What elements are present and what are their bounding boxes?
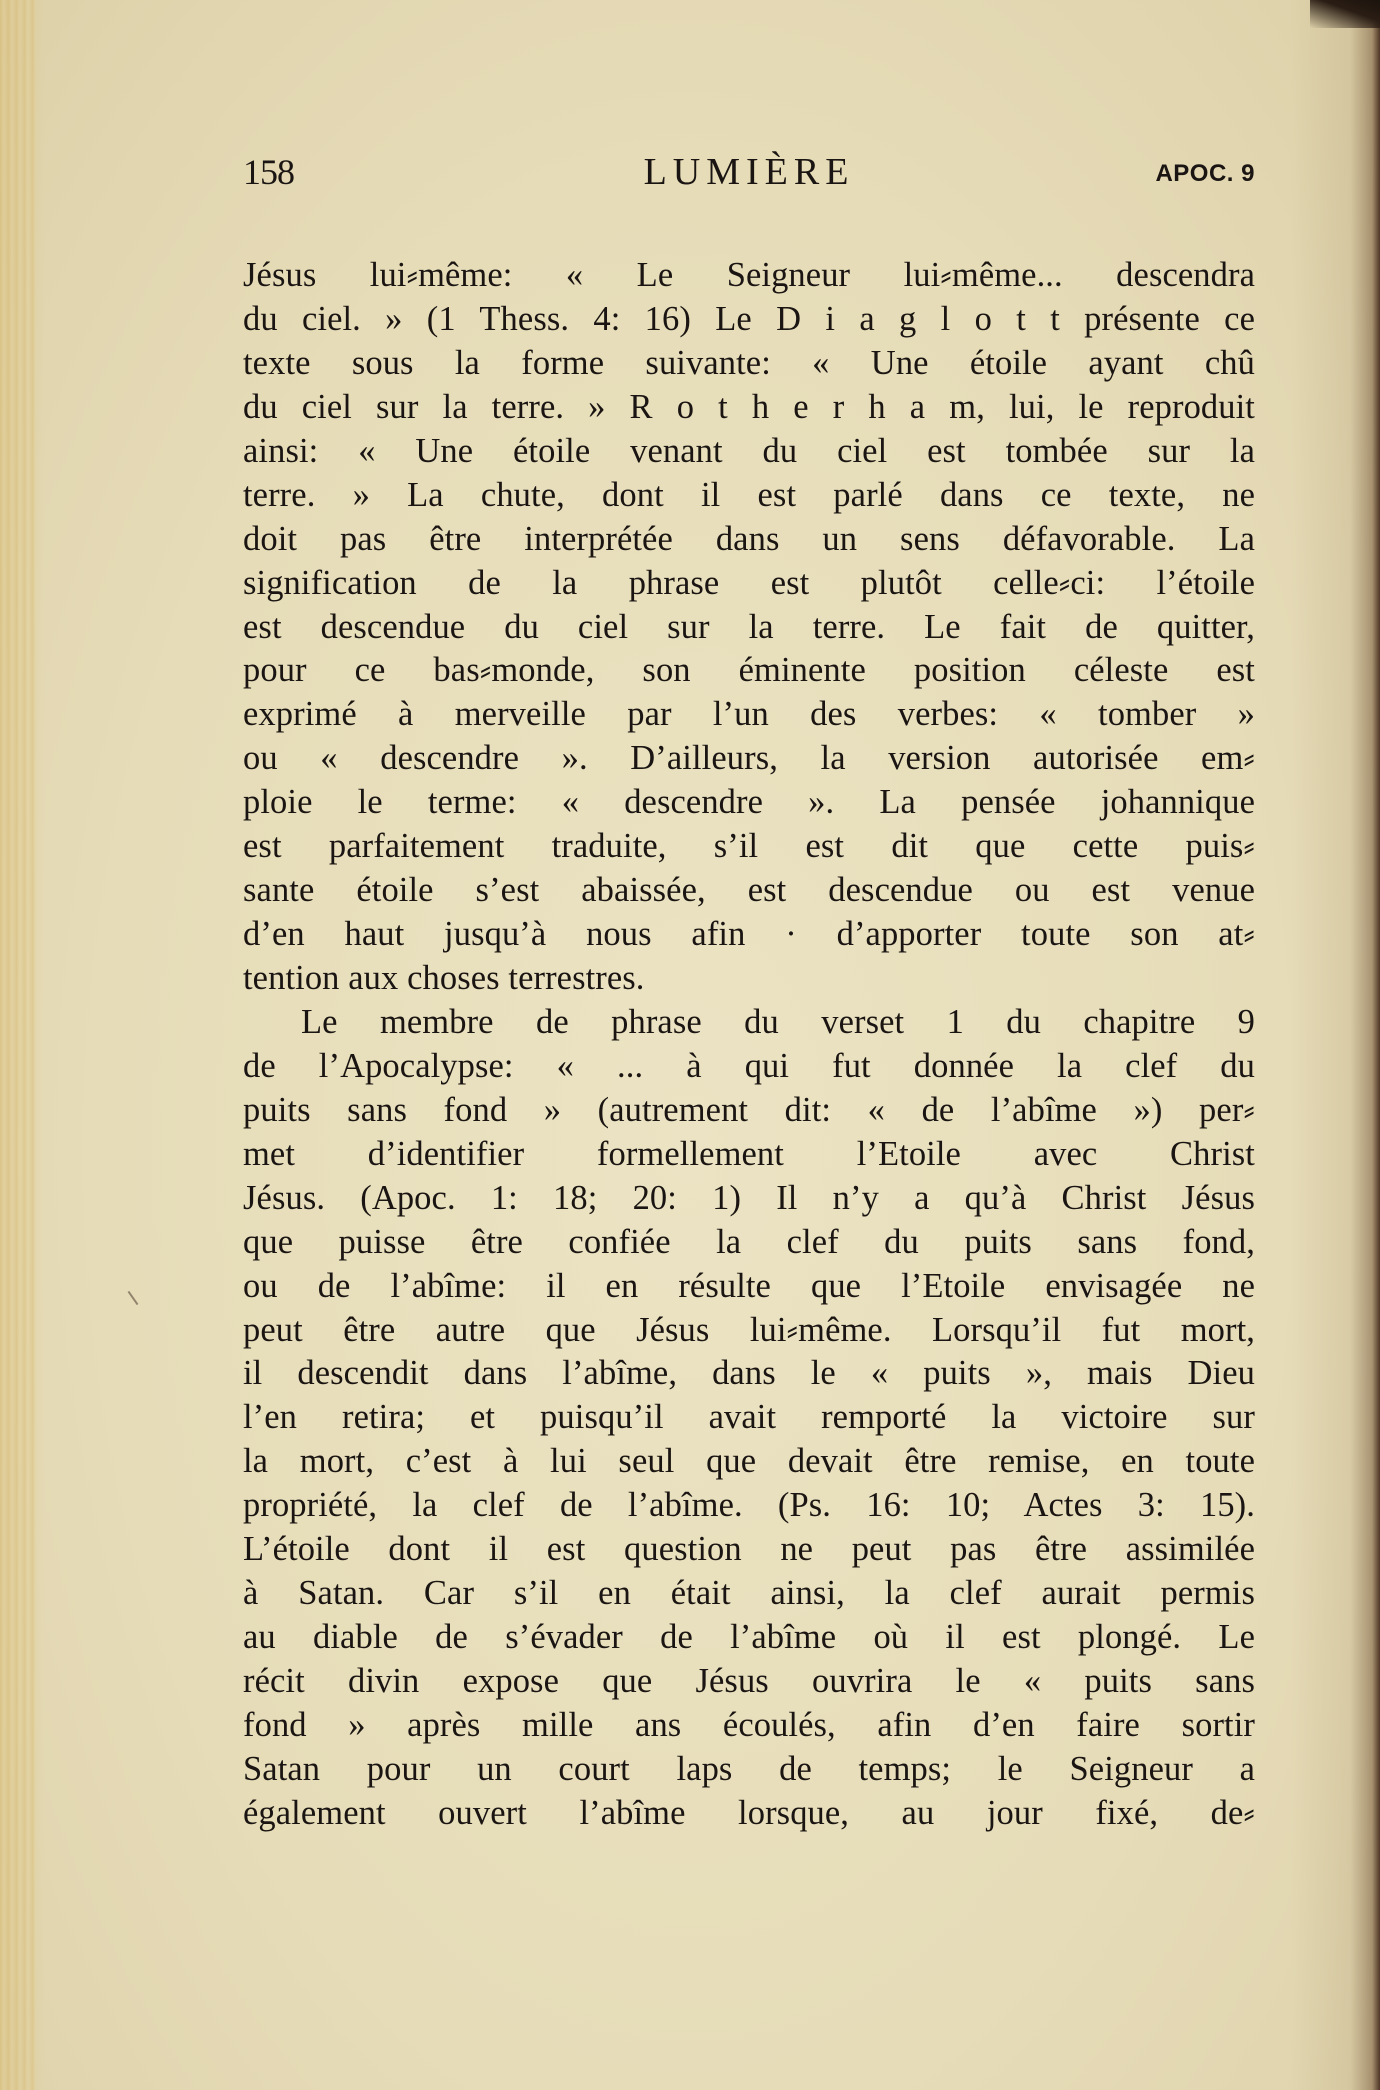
text-line: texte sous la forme suivante: « Une étoi… — [243, 342, 1255, 386]
body-text: Jésus lui⸗même: « Le Seigneur lui⸗même..… — [243, 254, 1255, 1836]
text-line: la mort, c’est à lui seul que devait êtr… — [243, 1440, 1255, 1484]
text-line: d’en haut jusqu’à nous afin · d’apporter… — [243, 913, 1255, 957]
text-line: terre. » La chute, dont il est parlé dan… — [243, 474, 1255, 518]
text-line: l’en retira; et puisqu’il avait remporté… — [243, 1396, 1255, 1440]
text-line-paragraph-start: Le membre de phrase du verset 1 du chapi… — [243, 1001, 1255, 1045]
text-line: Satan pour un court laps de temps; le Se… — [243, 1748, 1255, 1792]
text-line: que puisse être confiée la clef du puits… — [243, 1221, 1255, 1265]
text-line: il descendit dans l’abîme, dans le « pui… — [243, 1352, 1255, 1396]
running-title: LUMIÈRE — [243, 150, 1255, 194]
running-header: 158 LUMIÈRE APOC. 9 — [243, 150, 1255, 200]
text-line: est parfaitement traduite, s’il est dit … — [243, 825, 1255, 869]
page-corner-shadow — [1310, 0, 1380, 28]
text-line: ou de l’abîme: il en résulte que l’Etoil… — [243, 1265, 1255, 1309]
text-line: ainsi: « Une étoile venant du ciel est t… — [243, 430, 1255, 474]
text-line: fond » après mille ans écoulés, afin d’e… — [243, 1704, 1255, 1748]
text-line: au diable de s’évader de l’abîme où il e… — [243, 1616, 1255, 1660]
text-line: puits sans fond » (autrement dit: « de l… — [243, 1089, 1255, 1133]
text-line: signification de la phrase est plutôt ce… — [243, 562, 1255, 606]
text-line: du ciel. » (1 Thess. 4: 16) Le D i a g l… — [243, 298, 1255, 342]
text-line: Jésus. (Apoc. 1: 18; 20: 1) Il n’y a qu’… — [243, 1177, 1255, 1221]
text-line: exprimé à merveille par l’un des verbes:… — [243, 693, 1255, 737]
text-line: également ouvert l’abîme lorsque, au jou… — [243, 1792, 1255, 1836]
chapter-reference: APOC. 9 — [1155, 154, 1255, 194]
text-line: met d’identifier formellement l’Etoile a… — [243, 1133, 1255, 1177]
text-line: L’étoile dont il est question ne peut pa… — [243, 1528, 1255, 1572]
text-line: de l’Apocalypse: « ... à qui fut donnée … — [243, 1045, 1255, 1089]
page-edge-left — [0, 0, 36, 2090]
text-line: propriété, la clef de l’abîme. (Ps. 16: … — [243, 1484, 1255, 1528]
text-line: ou « descendre ». D’ailleurs, la version… — [243, 737, 1255, 781]
text-line: à Satan. Car s’il en était ainsi, la cle… — [243, 1572, 1255, 1616]
text-line: du ciel sur la terre. » R o t h e r h a … — [243, 386, 1255, 430]
book-page: 158 LUMIÈRE APOC. 9 Jésus lui⸗même: « Le… — [0, 0, 1380, 2090]
text-line: récit divin expose que Jésus ouvrira le … — [243, 1660, 1255, 1704]
text-line: est descendue du ciel sur la terre. Le f… — [243, 606, 1255, 650]
text-line: Jésus lui⸗même: « Le Seigneur lui⸗même..… — [243, 254, 1255, 298]
text-line: ploie le terme: « descendre ». La pensée… — [243, 781, 1255, 825]
text-line: sante étoile s’est abaissée, est descend… — [243, 869, 1255, 913]
text-line-paragraph-end: tention aux choses terrestres. — [243, 957, 1255, 1001]
text-line: peut être autre que Jésus lui⸗même. Lors… — [243, 1309, 1255, 1353]
text-line: pour ce bas⸗monde, son éminente position… — [243, 649, 1255, 693]
margin-mark — [128, 1291, 139, 1305]
text-line: doit pas être interprétée dans un sens d… — [243, 518, 1255, 562]
